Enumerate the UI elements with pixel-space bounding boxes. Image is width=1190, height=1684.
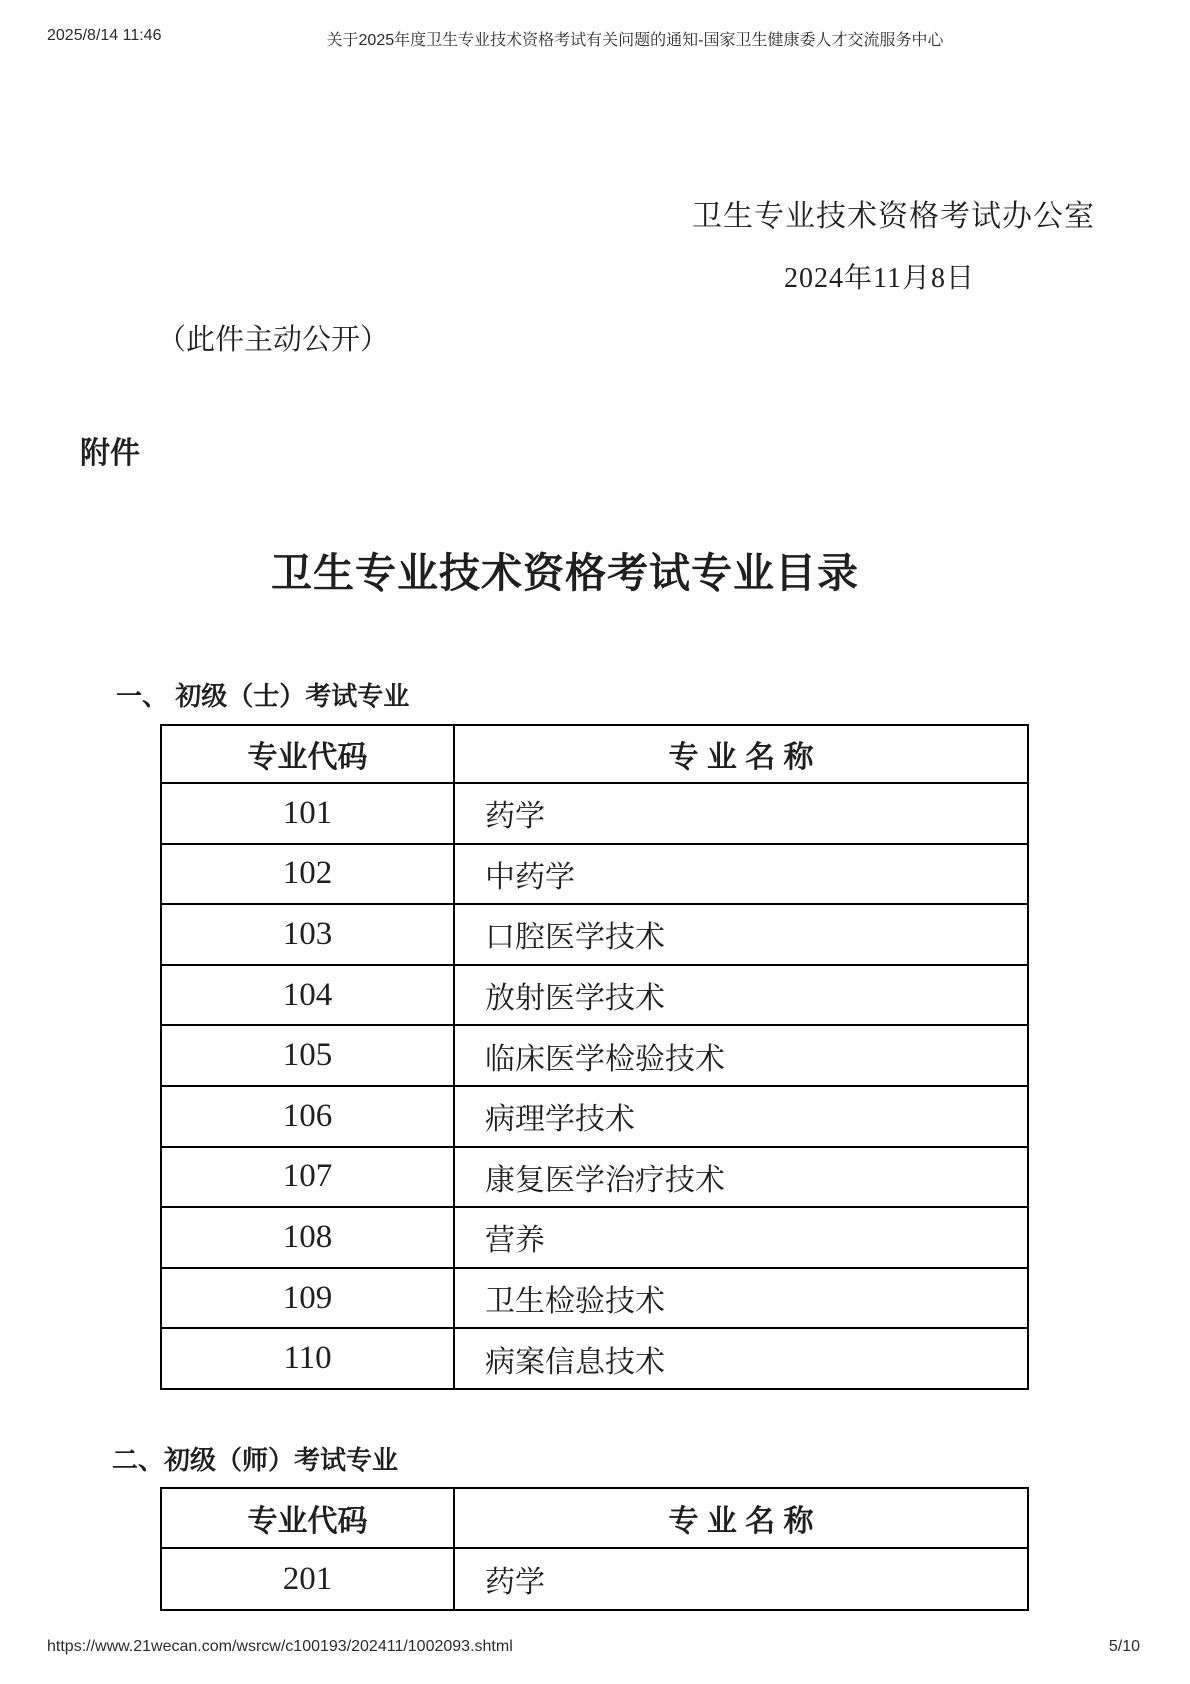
print-footer-page-indicator: 5/10 — [1109, 1638, 1140, 1656]
spec-name-cell: 康复医学治疗技术 — [454, 1147, 1028, 1208]
spec-name-cell: 卫生检验技术 — [454, 1268, 1028, 1329]
table-row: 101 药学 — [161, 783, 1028, 844]
table-row: 104 放射医学技术 — [161, 965, 1028, 1026]
printed-document-page: 2025/8/14 11:46 关于2025年度卫生专业技术资格考试有关问题的通… — [0, 0, 1190, 1684]
disclosure-note: （此件主动公开） — [157, 317, 389, 358]
column-header-name: 专 业 名 称 — [454, 725, 1028, 783]
print-header-title: 关于2025年度卫生专业技术资格考试有关问题的通知-国家卫生健康委人才交流服务中… — [80, 27, 1190, 50]
spec-code-cell: 106 — [161, 1086, 454, 1147]
table-header-row: 专业代码 专 业 名 称 — [161, 1488, 1028, 1548]
exam-spec-table-primary-shi2: 专业代码 专 业 名 称 201 药学 — [160, 1487, 1029, 1611]
spec-name-cell: 病案信息技术 — [454, 1328, 1028, 1389]
spec-code-cell: 108 — [161, 1207, 454, 1268]
section-heading-primary-shi2: 二、初级（师）考试专业 — [112, 1440, 398, 1477]
issuer-office-line: 卫生专业技术资格考试办公室 — [0, 191, 1095, 235]
spec-name-cell: 口腔医学技术 — [454, 904, 1028, 965]
table-row: 108 营养 — [161, 1207, 1028, 1268]
print-footer-url: https://www.21wecan.com/wsrcw/c100193/20… — [47, 1638, 513, 1656]
spec-name-cell: 中药学 — [454, 844, 1028, 905]
table-row: 106 病理学技术 — [161, 1086, 1028, 1147]
spec-code-cell: 103 — [161, 904, 454, 965]
issue-date-line: 2024年11月8日 — [0, 256, 975, 296]
table-row: 103 口腔医学技术 — [161, 904, 1028, 965]
spec-name-cell: 放射医学技术 — [454, 965, 1028, 1026]
spec-code-cell: 105 — [161, 1025, 454, 1086]
section-heading-primary-shi: 一、 初级（士）考试专业 — [116, 676, 409, 713]
spec-code-cell: 110 — [161, 1328, 454, 1389]
spec-name-cell: 药学 — [454, 1548, 1028, 1610]
table-row: 109 卫生检验技术 — [161, 1268, 1028, 1329]
exam-spec-table-primary-shi: 专业代码 专 业 名 称 101 药学 102 中药学 103 口腔医学技术 1… — [160, 724, 1029, 1390]
spec-name-cell: 营养 — [454, 1207, 1028, 1268]
column-header-code: 专业代码 — [161, 1488, 454, 1548]
spec-code-cell: 109 — [161, 1268, 454, 1329]
table-header-row: 专业代码 专 业 名 称 — [161, 725, 1028, 783]
spec-code-cell: 107 — [161, 1147, 454, 1208]
attachment-label: 附件 — [80, 428, 140, 472]
table-row: 107 康复医学治疗技术 — [161, 1147, 1028, 1208]
spec-code-cell: 201 — [161, 1548, 454, 1610]
catalog-title: 卫生专业技术资格考试专业目录 — [0, 540, 1130, 599]
column-header-name: 专 业 名 称 — [454, 1488, 1028, 1548]
spec-code-cell: 102 — [161, 844, 454, 905]
table-row: 105 临床医学检验技术 — [161, 1025, 1028, 1086]
spec-name-cell: 药学 — [454, 783, 1028, 844]
spec-name-cell: 病理学技术 — [454, 1086, 1028, 1147]
spec-code-cell: 104 — [161, 965, 454, 1026]
spec-name-cell: 临床医学检验技术 — [454, 1025, 1028, 1086]
column-header-code: 专业代码 — [161, 725, 454, 783]
table-row: 110 病案信息技术 — [161, 1328, 1028, 1389]
table-row: 102 中药学 — [161, 844, 1028, 905]
spec-code-cell: 101 — [161, 783, 454, 844]
table-row: 201 药学 — [161, 1548, 1028, 1610]
